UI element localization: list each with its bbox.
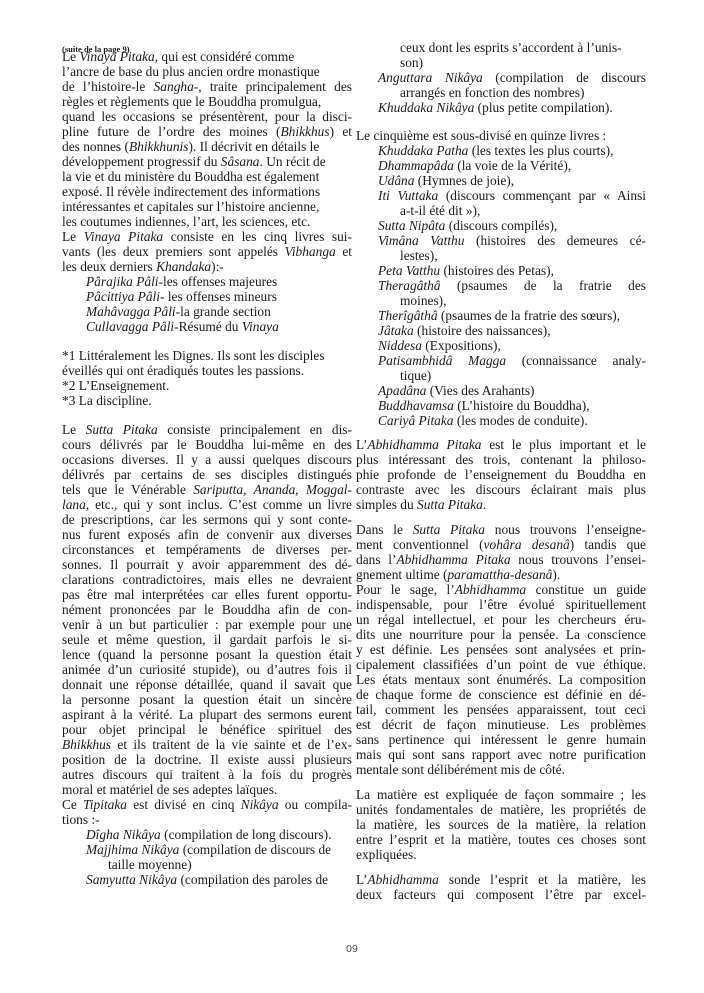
italic-term: Abhidhamma <box>367 872 438 887</box>
italic-term: Mahâvagga Pâli <box>86 304 176 319</box>
text-line: de prescriptions, car les sermons qui y … <box>62 512 352 527</box>
text-run: la matière, les sources de la matière, l… <box>356 817 646 832</box>
italic-term: Majjhima Nikâya <box>86 842 179 857</box>
text-line: expliquées. <box>356 847 417 862</box>
text-line: un régal intellectuel, et pour les cherc… <box>356 612 646 627</box>
italic-term: Abhidhamma Pitaka <box>396 552 510 567</box>
text-line: règles et règlements que le Bouddha prom… <box>62 94 321 109</box>
text-run: gnement ultime ( <box>356 567 447 582</box>
text-run: (plus petite compilation). <box>474 100 612 115</box>
text-run: délivrés par certains de ses disciples d… <box>62 467 352 482</box>
text-run: et <box>336 244 352 259</box>
text-run: expliquées. <box>356 847 417 862</box>
text-run: Ce <box>62 797 83 812</box>
text-run: clarations contradictoires, mais elles n… <box>62 572 352 587</box>
text-line: mentale sont délibérément mis de côté. <box>356 762 565 777</box>
text-run: (histoires des Petas), <box>440 263 554 278</box>
text-run: L’ <box>356 872 367 887</box>
text-run: -Résumé du <box>174 319 242 334</box>
text-run: ment conventionnel ( <box>356 537 484 552</box>
text-run: Pour le sage, l’ <box>356 582 455 597</box>
text-run: a-t-il été dit »), <box>400 203 480 218</box>
text-run: sonde l’esprit et la matière, les <box>439 872 646 887</box>
text-line: Samyutta Nikâya (compilation des paroles… <box>86 872 328 887</box>
text-line: clarations contradictoires, mais elles n… <box>62 572 352 587</box>
text-line: la personne posant la question était un … <box>62 692 352 707</box>
text-run: et ils traitent de la vie sainte et de l… <box>111 737 352 752</box>
text-line: *2 L’Enseignement. <box>62 378 169 393</box>
text-run: deux facteurs qui composent l’être par e… <box>356 887 646 902</box>
text-line: Pârajika Pâli-les offenses majeures <box>86 274 277 289</box>
text-line: circonstances et tempéraments de diverse… <box>62 542 352 557</box>
text-run: tions :- <box>62 812 100 827</box>
text-run: (compilation des paroles de <box>177 872 328 887</box>
italic-term: Pâcittiya Pâli <box>86 289 160 304</box>
text-line: éveillés qui ont éradiqués toutes les pa… <box>62 363 304 378</box>
text-line: l’ancre de base du plus ancien ordre mon… <box>62 64 320 79</box>
text-line: quand les occasions se présentèrent, pou… <box>62 109 352 124</box>
text-line: nus furent exposés afin de convenir aux … <box>62 527 352 542</box>
text-run: , <box>295 482 306 497</box>
text-line: tions :- <box>62 812 100 827</box>
text-line: L’Abhidhamma sonde l’esprit et la matièr… <box>356 872 646 887</box>
text-run: éveillés qui ont éradiqués toutes les pa… <box>62 363 304 378</box>
text-line: les coutumes indiennes, l’art, les scien… <box>62 214 310 229</box>
text-line: phie profonde de l’enseignement du Boudd… <box>356 467 646 482</box>
text-line: Vimâna Vatthu (histoires des demeures cé… <box>378 233 646 248</box>
text-line: développement progressif du Sâsana. Un r… <box>62 154 326 169</box>
text-run: unités fondamentales de matière, les pro… <box>356 802 646 817</box>
italic-term: Udâna <box>378 173 414 188</box>
text-line: mais qui sont sans rapport avec notre pu… <box>356 747 646 762</box>
text-line: ceux dont les esprits s’accordent à l’un… <box>400 40 622 55</box>
text-line: Iti Vuttaka (discours commençant par « A… <box>378 188 646 203</box>
text-run: dits une nourriture pour la pensée. La c… <box>356 627 646 642</box>
text-line: seule et même question, il gardait parfo… <box>62 632 352 647</box>
italic-term: Patisambhidâ Magga <box>378 353 506 368</box>
text-line: des nonnes (Bhikkhunis). Il décrivit en … <box>62 139 319 154</box>
text-line: Khuddaka Nikâya (plus petite compilation… <box>378 100 613 115</box>
text-line: Ce Tipitaka est divisé en cinq Nikâya ou… <box>62 797 352 812</box>
text-line: nément prononcées par le Bouddha afin de… <box>62 602 352 617</box>
text-line: Les états mentaux sont énumérés. La comp… <box>356 672 646 687</box>
text-run: un régal intellectuel, et pour les cherc… <box>356 612 646 627</box>
text-run: ) tandis que <box>570 537 646 552</box>
italic-term: Jâtaka <box>378 323 414 338</box>
text-run: arrangés en fonction des nombres) <box>400 85 584 100</box>
text-run: moral et matériel de ses adeptes laïques… <box>62 782 277 797</box>
italic-term: Therîgâthâ <box>378 308 438 323</box>
text-run: quand les occasions se présentèrent, pou… <box>62 109 352 124</box>
text-run: contraste avec les discours éclairant ma… <box>356 482 646 497</box>
text-run: (compilation de long discours). <box>161 827 332 842</box>
text-run: (compilation de discours de <box>179 842 331 857</box>
text-line: *1 Littéralement les Dignes. Ils sont le… <box>62 348 325 363</box>
text-line: sonnes. Il pourrait y avoir apparemment … <box>62 557 352 572</box>
text-run: est décrit de façon minutieuse. Les prob… <box>356 717 646 732</box>
italic-term: Cullavagga Pâli <box>86 319 174 334</box>
text-line: Cariyâ Pitaka (les modes de conduite). <box>378 413 588 428</box>
text-run: (les textes les plus courts), <box>468 143 613 158</box>
text-run: sans pertinence qui intéressent le genre… <box>356 732 646 747</box>
text-run: taille moyenne) <box>108 857 192 872</box>
text-run: cipalement classifiées d’un point de vue… <box>356 657 646 672</box>
italic-term: Buddhavamsa <box>378 398 454 413</box>
text-run: -les offenses majeures <box>159 274 278 289</box>
text-run: de l’histoire-le <box>62 79 154 94</box>
text-line: lestes), <box>400 248 438 263</box>
text-run: des nonnes ( <box>62 139 129 154</box>
text-line: de chaque forme de conscience est défini… <box>356 687 646 702</box>
text-line: lence (quand la personne posant la quest… <box>62 647 352 662</box>
text-run: (histoires des demeures cé- <box>464 233 646 248</box>
page-number: 09 <box>0 943 704 955</box>
text-line: venir à un but particulier : par exemple… <box>62 617 352 632</box>
text-line: intéressantes et capitales sur l’histoir… <box>62 199 319 214</box>
text-line: taille moyenne) <box>108 857 192 872</box>
text-run: Le <box>62 49 79 64</box>
text-line: autres discours qui traitent à la fois d… <box>62 767 352 782</box>
text-run: tels que le Vénérable <box>62 482 193 497</box>
text-line: arrangés en fonction des nombres) <box>400 85 584 100</box>
text-line: les deux derniers Khandaka):- <box>62 259 224 274</box>
text-line: La matière est expliquée de façon sommai… <box>356 787 646 802</box>
text-run: donnait une réponse détaillée, quand il … <box>62 677 352 692</box>
italic-term: Niddesa <box>378 338 422 353</box>
italic-term: Dhammapâda <box>378 158 454 173</box>
text-run: (Vies des Arahants) <box>426 383 534 398</box>
text-run: son) <box>400 55 423 70</box>
italic-term: Samyutta Nikâya <box>86 872 177 887</box>
text-line: Niddesa (Expositions), <box>378 338 501 353</box>
text-line: dans l’Abhidhamma Pitaka nous trouvons l… <box>356 552 646 567</box>
text-run: (discours commençant par « Ainsi <box>438 188 646 203</box>
text-line: moines), <box>400 293 447 308</box>
italic-term: Bhikkhus <box>62 737 111 752</box>
text-run: ). Il décrivit en détails le <box>188 139 319 154</box>
text-line: la vie et du ministère du Bouddha est ég… <box>62 169 319 184</box>
text-line: Majjhima Nikâya (compilation de discours… <box>86 842 331 857</box>
text-run: exposé. Il révèle indirectement des info… <box>62 184 320 199</box>
text-run: animée d’un curiosité stupide), ou d’aut… <box>62 662 352 677</box>
text-line: deux facteurs qui composent l’être par e… <box>356 887 646 902</box>
text-run: aspirant à la vérité. La plupart des ser… <box>62 707 352 722</box>
text-run: est divisé en cinq <box>127 797 241 812</box>
text-run: position de la doctrine. Il existe aussi… <box>62 752 352 767</box>
text-run: (histoire des naissances), <box>414 323 551 338</box>
text-line: tique) <box>400 368 431 383</box>
text-run: plus intéressant des trois, contenant la… <box>356 452 646 467</box>
text-run: développement progressif du <box>62 154 221 169</box>
text-run: -, traite principalement des <box>194 79 352 94</box>
text-run: (discours compilés), <box>445 218 557 233</box>
italic-term: Peta Vatthu <box>378 263 440 278</box>
text-line: Le Sutta Pitaka consiste principalement … <box>62 422 352 437</box>
text-run: pas être mal interprétées car elles fure… <box>62 587 352 602</box>
italic-term: vohâra desanâ <box>484 537 570 552</box>
text-run: constitue un guide <box>526 582 646 597</box>
text-line: animée d’un curiosité stupide), ou d’aut… <box>62 662 352 677</box>
text-run: *2 L’Enseignement. <box>62 378 169 393</box>
text-run: (L’histoire du Bouddha), <box>454 398 590 413</box>
text-line: Pour le sage, l’Abhidhamma constitue un … <box>356 582 646 597</box>
text-line: moral et matériel de ses adeptes laïques… <box>62 782 277 797</box>
text-line: Le Vinaya Pitaka, qui est considéré comm… <box>62 49 294 64</box>
text-run: *1 Littéralement les Dignes. Ils sont le… <box>62 348 325 363</box>
text-line: pour objet principal le bénéfice spiritu… <box>62 722 352 737</box>
text-run: ceux dont les esprits s’accordent à l’un… <box>400 40 622 55</box>
italic-term: Tipitaka <box>83 797 127 812</box>
text-run: l’ancre de base du plus ancien ordre mon… <box>62 64 320 79</box>
italic-term: Sutta Pitaka <box>413 522 485 537</box>
text-line: *3 La discipline. <box>62 393 152 408</box>
text-line: la matière, les sources de la matière, l… <box>356 817 646 832</box>
text-run: nous trouvons l’enseigne- <box>485 522 646 537</box>
text-run: mais qui sont sans rapport avec notre pu… <box>356 747 646 762</box>
text-run: nus furent exposés afin de convenir aux … <box>62 527 352 542</box>
italic-term: Pârajika Pâli <box>86 274 159 289</box>
italic-term: Sâsana <box>221 154 260 169</box>
text-run: lence (quand la personne posant la quest… <box>62 647 352 662</box>
italic-term: Sutta Pitaka <box>417 497 483 512</box>
text-run: intéressantes et capitales sur l’histoir… <box>62 199 319 214</box>
text-line: Bhikkhus et ils traitent de la vie saint… <box>62 737 352 752</box>
text-line: plus intéressant des trois, contenant la… <box>356 452 646 467</box>
text-run: - les offenses mineurs <box>160 289 277 304</box>
text-line: Buddhavamsa (L’histoire du Bouddha), <box>378 398 590 413</box>
text-run: *3 La discipline. <box>62 393 152 408</box>
italic-term: paramattha-desanâ <box>447 567 552 582</box>
text-run: -la grande section <box>176 304 271 319</box>
text-run: simples du <box>356 497 417 512</box>
text-run: (connaissance analy- <box>506 353 646 368</box>
text-run: consiste en les cinq livres sui- <box>163 229 352 244</box>
italic-term: Vinaya <box>242 319 279 334</box>
text-run: . <box>483 497 486 512</box>
text-line: gnement ultime (paramattha-desanâ). <box>356 567 560 582</box>
text-line: vants (les deux premiers sont appelés Vi… <box>62 244 352 259</box>
text-line: simples du Sutta Pitaka. <box>356 497 486 512</box>
text-line: pas être mal interprétées car elles fure… <box>62 587 352 602</box>
text-run: (les modes de conduite). <box>454 413 588 428</box>
text-run: Le cinquième est sous-divisé en quinze l… <box>356 128 606 143</box>
text-line: Mahâvagga Pâli-la grande section <box>86 304 271 319</box>
text-run: tique) <box>400 368 431 383</box>
italic-term: Vimâna Vatthu <box>378 233 464 248</box>
text-line: cours délivrés par le Bouddha lui-même e… <box>62 437 352 452</box>
text-line: Apadâna (Vies des Arahants) <box>378 383 535 398</box>
text-line: son) <box>400 55 423 70</box>
text-line: est décrit de façon minutieuse. Les prob… <box>356 717 646 732</box>
text-run: tail, comment les pensées apparaissent, … <box>356 702 646 717</box>
text-run: moines), <box>400 293 447 308</box>
text-line: tels que le Vénérable Sariputta, Ananda,… <box>62 482 352 497</box>
text-run: de prescriptions, car les sermons qui y … <box>62 512 352 527</box>
italic-term: Sangha <box>154 79 194 94</box>
text-run: (Hymnes de joie), <box>414 173 514 188</box>
text-run: ou compila- <box>279 797 352 812</box>
text-run: les deux derniers <box>62 259 156 274</box>
text-run: lestes), <box>400 248 438 263</box>
text-run: venir à un but particulier : par exemple… <box>62 617 352 632</box>
text-line: Dhammapâda (la voie de la Vérité), <box>378 158 571 173</box>
text-run: Le <box>62 229 84 244</box>
text-run: est le plus important et le <box>482 437 647 452</box>
italic-term: Moggal- <box>306 482 352 497</box>
italic-term: lana <box>62 497 86 512</box>
text-line: Udâna (Hymnes de joie), <box>378 173 514 188</box>
italic-term: Bhikkhunis <box>129 139 189 154</box>
text-run: sonnes. Il pourrait y avoir apparemment … <box>62 557 352 572</box>
italic-term: Ananda <box>254 482 296 497</box>
text-run: mentale sont délibérément mis de côté. <box>356 762 565 777</box>
text-line: cipalement classifiées d’un point de vue… <box>356 657 646 672</box>
text-run: circonstances et tempéraments de diverse… <box>62 542 352 557</box>
text-run: consiste principalement en dis- <box>158 422 352 437</box>
text-line: Sutta Nipâta (discours compilés), <box>378 218 557 233</box>
text-run: Les états mentaux sont énumérés. La comp… <box>356 672 646 687</box>
text-line: délivrés par certains de ses disciples d… <box>62 467 352 482</box>
italic-term: Abhidhamma Pitaka <box>367 437 481 452</box>
text-run: seule et même question, il gardait parfo… <box>62 632 352 647</box>
italic-term: Nikâya <box>241 797 279 812</box>
text-line: tail, comment les pensées apparaissent, … <box>356 702 646 717</box>
text-line: sans pertinence qui intéressent le genre… <box>356 732 646 747</box>
italic-term: Iti Vuttaka <box>378 188 438 203</box>
text-line: Pâcittiya Pâli- les offenses mineurs <box>86 289 277 304</box>
text-run: , etc., qui y sont inclus. C’est comme u… <box>86 497 352 512</box>
text-line: unités fondamentales de matière, les pro… <box>356 802 646 817</box>
text-run: La matière est expliquée de façon sommai… <box>356 787 646 802</box>
italic-term: Sariputta <box>193 482 243 497</box>
text-line: Therîgâthâ (psaumes de la fratrie des sœ… <box>378 308 620 323</box>
text-line: lana, etc., qui y sont inclus. C’est com… <box>62 497 352 512</box>
text-line: ment conventionnel (vohâra desanâ) tandi… <box>356 537 646 552</box>
text-run: ) et <box>330 124 352 139</box>
text-run: (la voie de la Vérité), <box>454 158 571 173</box>
text-run: ):- <box>211 259 224 274</box>
text-run: occasions diverses. Il y a aussi quelque… <box>62 452 352 467</box>
text-run: règles et règlements que le Bouddha prom… <box>62 94 321 109</box>
text-run: la personne posant la question était un … <box>62 692 352 707</box>
text-run: entre l’esprit et la matière, toutes ces… <box>356 832 646 847</box>
italic-term: Khuddaka Nikâya <box>378 100 474 115</box>
italic-term: Anguttara Nikâya <box>378 70 483 85</box>
text-line: Cullavagga Pâli-Résumé du Vinaya <box>86 319 279 334</box>
text-line: Dîgha Nikâya (compilation de long discou… <box>86 827 331 842</box>
italic-term: Khuddaka Patha <box>378 143 468 158</box>
text-run: (compilation de discours <box>483 70 646 85</box>
text-run: indispensable, pour l’être évolué spirit… <box>356 597 646 612</box>
italic-term: Vibhanga <box>285 244 336 259</box>
text-line: occasions diverses. Il y a aussi quelque… <box>62 452 352 467</box>
text-run: y est définie. Les pensées sont analysée… <box>356 642 646 657</box>
text-run: pline future de l’ordre des moines ( <box>62 124 280 139</box>
text-line: indispensable, pour l’être évolué spirit… <box>356 597 646 612</box>
text-run: pour objet principal le bénéfice spiritu… <box>62 722 352 737</box>
text-run: autres discours qui traitent à la fois d… <box>62 767 352 782</box>
text-line: Le Vinaya Pitaka consiste en les cinq li… <box>62 229 352 244</box>
text-line: Anguttara Nikâya (compilation de discour… <box>378 70 646 85</box>
text-run: (psaumes de la fratrie des <box>441 278 647 293</box>
text-line: donnait une réponse détaillée, quand il … <box>62 677 352 692</box>
italic-term: Apadâna <box>378 383 426 398</box>
text-line: contraste avec les discours éclairant ma… <box>356 482 646 497</box>
italic-term: Theragâthâ <box>378 278 441 293</box>
text-line: exposé. Il révèle indirectement des info… <box>62 184 320 199</box>
text-run: la vie et du ministère du Bouddha est ég… <box>62 169 319 184</box>
text-line: pline future de l’ordre des moines (Bhik… <box>62 124 352 139</box>
text-run: dans l’ <box>356 552 396 567</box>
text-run: . Un récit de <box>260 154 326 169</box>
text-line: Peta Vatthu (histoires des Petas), <box>378 263 554 278</box>
text-line: position de la doctrine. Il existe aussi… <box>62 752 352 767</box>
italic-term: Sutta Pitaka <box>86 422 158 437</box>
italic-term: Vinaya Pitaka <box>84 229 163 244</box>
text-line: Dans le Sutta Pitaka nous trouvons l’ens… <box>356 522 646 537</box>
italic-term: Dîgha Nikâya <box>86 827 161 842</box>
text-run: , <box>243 482 254 497</box>
text-line: Patisambhidâ Magga (connaissance analy- <box>378 353 646 368</box>
text-run: nément prononcées par le Bouddha afin de… <box>62 602 352 617</box>
text-run: vants (les deux premiers sont appelés <box>62 244 285 259</box>
text-line: aspirant à la vérité. La plupart des ser… <box>62 707 352 722</box>
text-line: y est définie. Les pensées sont analysée… <box>356 642 646 657</box>
italic-term: Khandaka <box>156 259 211 274</box>
text-line: L’Abhidhamma Pitaka est le plus importan… <box>356 437 646 452</box>
text-run: L’ <box>356 437 367 452</box>
text-run: Le <box>62 422 86 437</box>
text-run: Dans le <box>356 522 413 537</box>
italic-term: Sutta Nipâta <box>378 218 445 233</box>
text-run: cours délivrés par le Bouddha lui-même e… <box>62 437 352 452</box>
text-run: (Expositions), <box>422 338 501 353</box>
italic-term: Vinaya Pitaka <box>79 49 154 64</box>
text-line: de l’histoire-le Sangha-, traite princip… <box>62 79 352 94</box>
text-run: de chaque forme de conscience est défini… <box>356 687 646 702</box>
text-run: phie profonde de l’enseignement du Boudd… <box>356 467 646 482</box>
text-run: , qui est considéré comme <box>155 49 294 64</box>
text-run: (psaumes de la fratrie des sœurs), <box>438 308 621 323</box>
text-line: entre l’esprit et la matière, toutes ces… <box>356 832 646 847</box>
text-line: dits une nourriture pour la pensée. La c… <box>356 627 646 642</box>
text-line: Jâtaka (histoire des naissances), <box>378 323 551 338</box>
italic-term: Bhikkhus <box>280 124 329 139</box>
text-run: ). <box>552 567 560 582</box>
text-run: nous trouvons l’ensei- <box>511 552 646 567</box>
text-line: Khuddaka Patha (les textes les plus cour… <box>378 143 613 158</box>
italic-term: Abhidhamma <box>455 582 526 597</box>
text-line: Le cinquième est sous-divisé en quinze l… <box>356 128 606 143</box>
text-run: les coutumes indiennes, l’art, les scien… <box>62 214 310 229</box>
text-line: a-t-il été dit »), <box>400 203 480 218</box>
text-line: Theragâthâ (psaumes de la fratrie des <box>378 278 646 293</box>
italic-term: Cariyâ Pitaka <box>378 413 454 428</box>
